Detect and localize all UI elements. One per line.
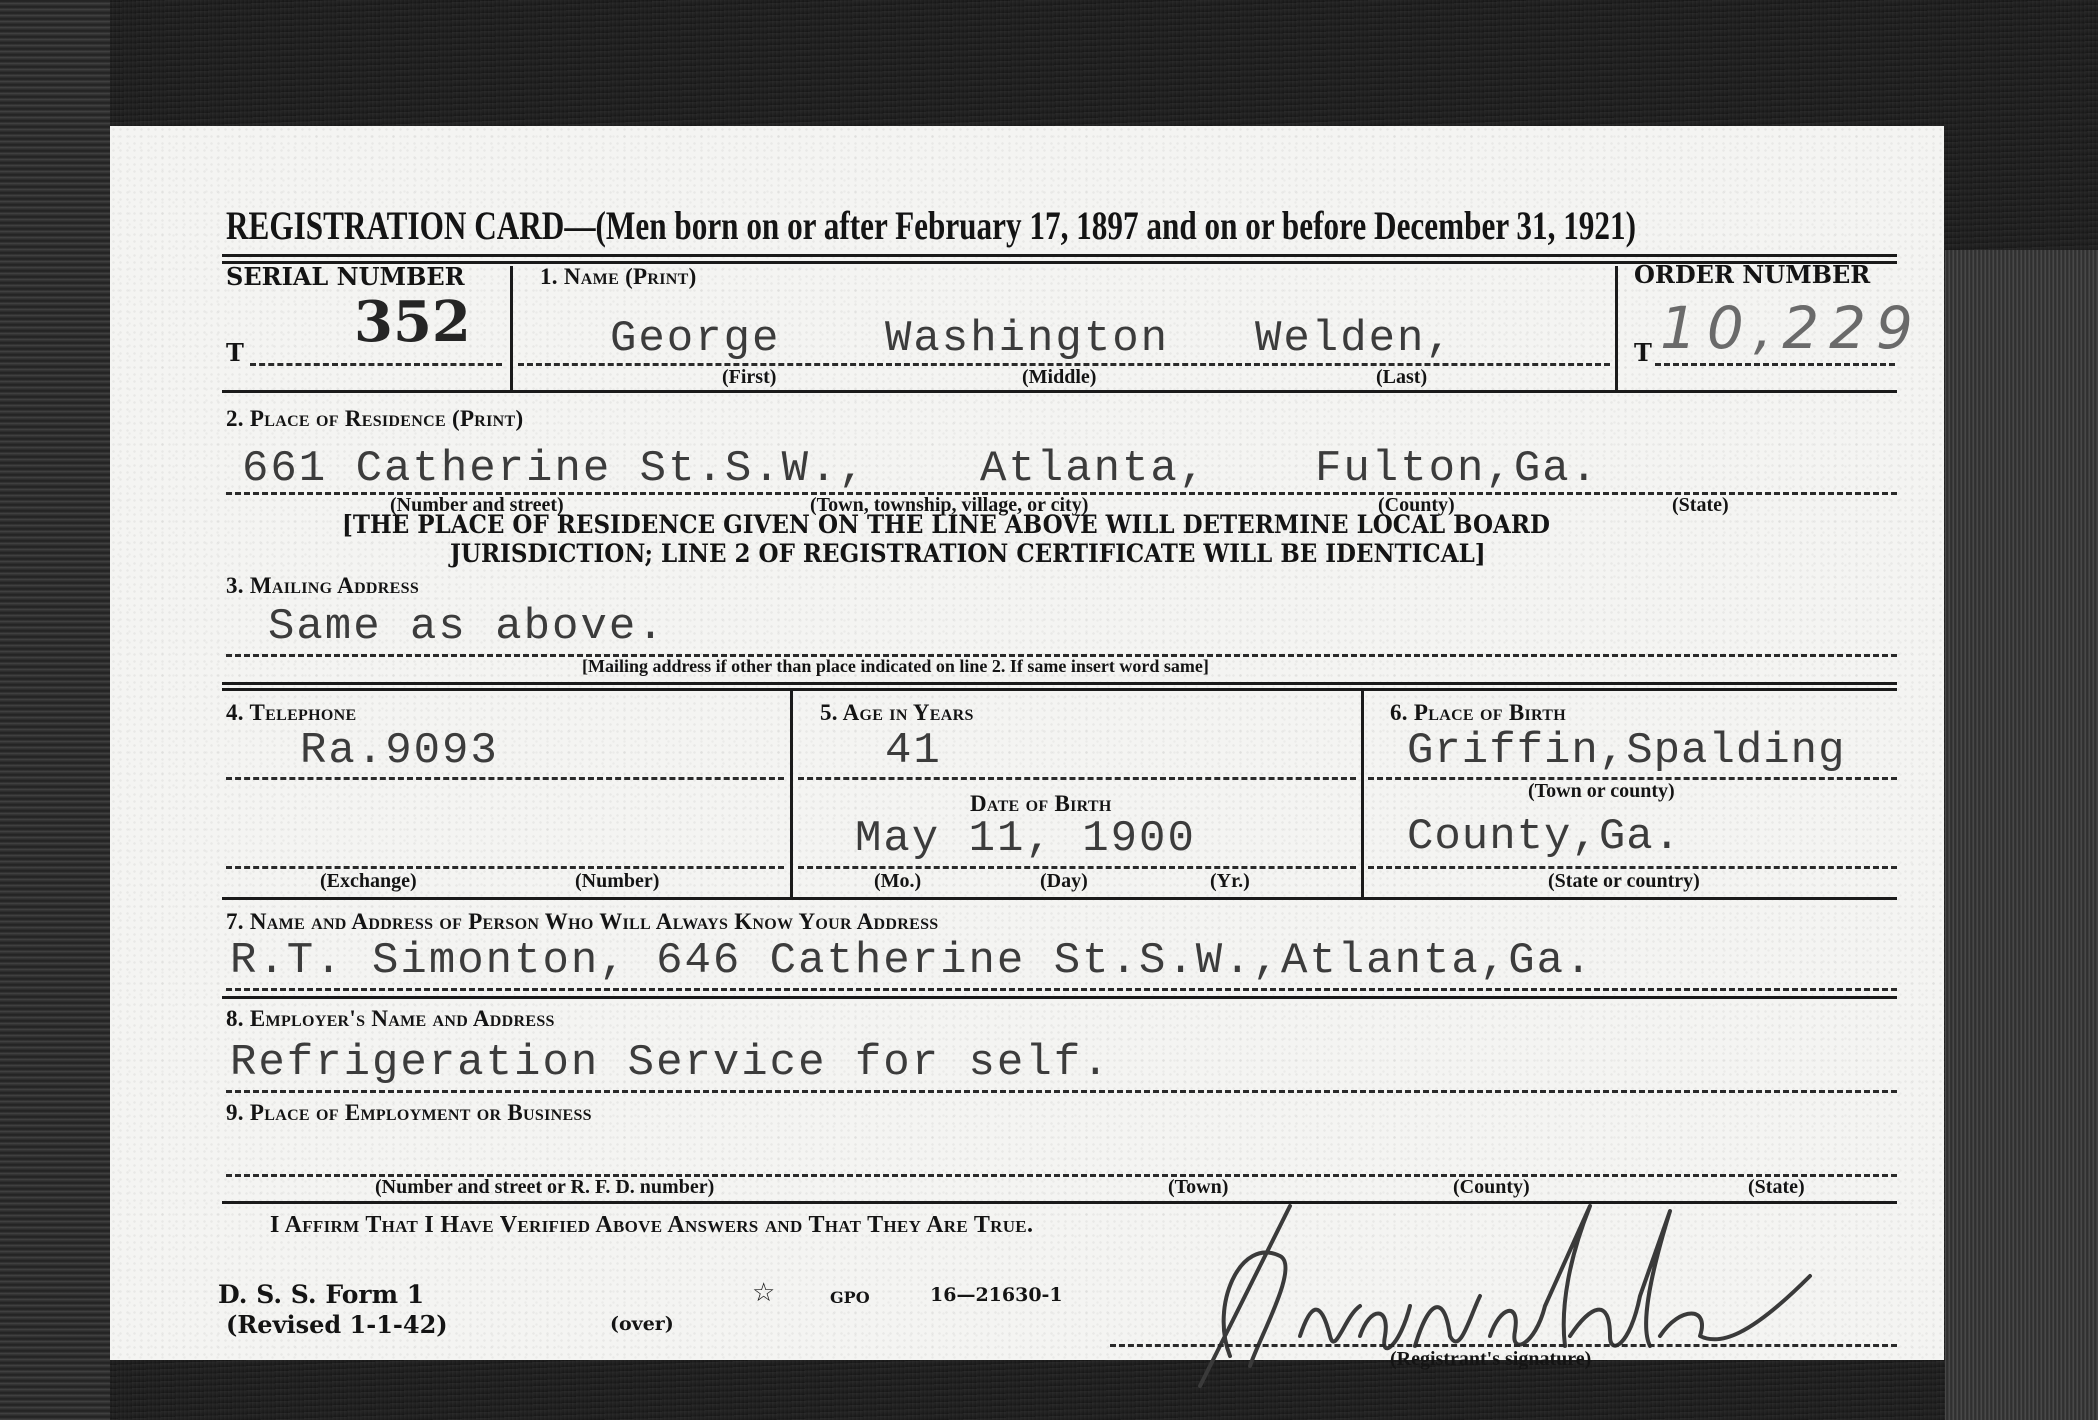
place-of-birth-line-2 — [1368, 866, 1897, 869]
signature-line — [1110, 1344, 1897, 1347]
date-of-birth-line — [798, 866, 1356, 869]
order-number-label: ORDER NUMBER — [1634, 260, 1870, 289]
serial-number-prefix: T — [226, 338, 244, 367]
date-of-birth-yr-caption: (Yr.) — [1210, 870, 1250, 893]
divider-name-order — [1615, 266, 1618, 391]
signature-caption: (Registrant's signature) — [1390, 1348, 1591, 1371]
divider-phone-age — [790, 691, 793, 899]
residence-notice-line2: JURISDICTION; LINE 2 OF REGISTRATION CER… — [450, 539, 1486, 568]
date-of-birth-day-caption: (Day) — [1040, 870, 1088, 893]
place-of-birth-state-caption: (State or country) — [1548, 870, 1700, 893]
divider-age-birthplace — [1361, 691, 1364, 899]
residence-notice-line1: [THE PLACE OF RESIDENCE GIVEN ON THE LIN… — [342, 510, 1550, 539]
mailing-value: Same as above. — [268, 602, 666, 652]
row7-bottom-rule — [222, 996, 1897, 999]
contact-line — [226, 988, 1897, 991]
row1-bottom-rule — [222, 390, 1897, 393]
telephone-line-2 — [226, 866, 784, 869]
over-indicator: (over) — [610, 1313, 674, 1335]
name-middle-value: Washington — [885, 314, 1169, 364]
residence-state-caption: (State) — [1672, 494, 1729, 517]
date-of-birth-value: May 11, 1900 — [855, 814, 1196, 864]
place-of-birth-label: 6. Place of Birth — [1390, 700, 1566, 726]
name-first-caption: (First) — [722, 366, 776, 389]
row3-bottom-rule-2 — [222, 688, 1897, 691]
row4-bottom-rule — [222, 897, 1897, 900]
form-revised: (Revised 1-1-42) — [226, 1310, 448, 1339]
age-line — [798, 777, 1356, 780]
employment-street-caption: (Number and street or R. F. D. number) — [375, 1176, 714, 1199]
place-of-birth-town-caption: (Town or county) — [1528, 780, 1675, 803]
residence-label: 2. Place of Residence (Print) — [226, 406, 523, 432]
order-number-line — [1655, 363, 1895, 366]
row3-bottom-rule-1 — [222, 682, 1897, 685]
form-name: D. S. S. Form 1 — [218, 1280, 424, 1309]
residence-street-value: 661 Catherine St.S.W., — [242, 444, 867, 494]
signature-scribble-icon — [1170, 1186, 1950, 1406]
telephone-line-1 — [226, 777, 784, 780]
employer-label: 8. Employer's Name and Address — [226, 1006, 555, 1032]
affirmation-text: I Affirm That I Have Verified Above Answ… — [270, 1212, 1033, 1239]
serial-number-value: 352 — [354, 289, 471, 355]
mailing-caption: [Mailing address if other than place ind… — [582, 656, 1209, 677]
name-middle-caption: (Middle) — [1022, 366, 1096, 389]
order-number-prefix: T — [1634, 338, 1652, 367]
age-label: 5. Age in Years — [820, 700, 974, 726]
name-label: 1. Name (Print) — [540, 264, 697, 290]
contact-value: R.T. Simonton, 646 Catherine St.S.W.,Atl… — [230, 936, 1593, 986]
residence-town-value: Atlanta, — [980, 444, 1207, 494]
employer-line — [226, 1090, 1897, 1093]
print-code: 16—21630-1 — [930, 1284, 1063, 1306]
employer-value: Refrigeration Service for self. — [230, 1038, 1111, 1088]
title-rule-top — [222, 254, 1897, 257]
serial-number-line — [250, 363, 502, 366]
contact-label: 7. Name and Address of Person Who Will A… — [226, 909, 938, 935]
date-of-birth-mo-caption: (Mo.) — [874, 870, 921, 893]
divider-serial-name — [510, 266, 513, 391]
name-last-caption: (Last) — [1376, 366, 1427, 389]
age-value: 41 — [885, 726, 942, 776]
serial-number-label: SERIAL NUMBER — [226, 262, 465, 291]
background-left-edge — [0, 0, 110, 1420]
background-right-edge — [1945, 250, 2098, 1420]
residence-county-state-value: Fulton,Ga. — [1315, 444, 1599, 494]
place-of-birth-state-value: County,Ga. — [1407, 812, 1681, 862]
mailing-label: 3. Mailing Address — [226, 573, 419, 599]
telephone-label: 4. Telephone — [226, 700, 356, 726]
telephone-exchange-caption: (Exchange) — [320, 870, 417, 893]
card-title: REGISTRATION CARD—(Men born on or after … — [226, 202, 1636, 249]
place-of-birth-town-value: Griffin,Spalding — [1407, 726, 1845, 776]
name-first-value: George — [610, 314, 780, 364]
telephone-number-caption: (Number) — [575, 870, 659, 893]
registration-card: REGISTRATION CARD—(Men born on or after … — [110, 126, 1944, 1360]
name-last-value: Welden, — [1255, 314, 1454, 364]
gpo-mark: GPO — [830, 1288, 870, 1307]
employment-place-label: 9. Place of Employment or Business — [226, 1100, 592, 1126]
telephone-value: Ra.9093 — [300, 726, 499, 776]
order-number-value: 10,229 — [1660, 294, 1923, 362]
star-icon: ☆ — [752, 1278, 775, 1308]
